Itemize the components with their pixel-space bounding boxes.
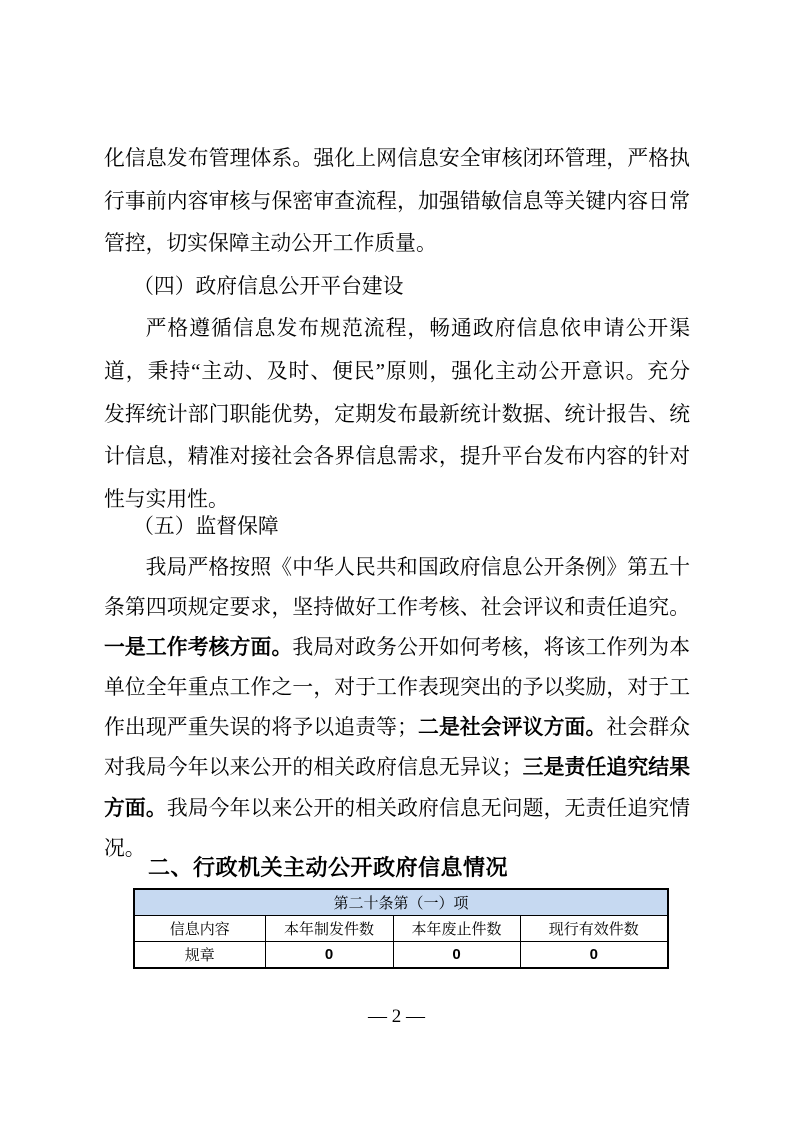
text-run: 社会群众 (606, 716, 690, 739)
text-line: 条第四项规定要求，坚持做好工作考核、社会评议和责任追究。 (104, 588, 690, 628)
text-section: 化信息发布管理体系。强化上网信息安全审核闭环管理，严格执行事前内容审核与保密审查… (104, 138, 690, 521)
text-line: （四）政府信息公开平台建设 (104, 266, 690, 309)
table-header-row: 信息内容 本年制发件数 本年废止件数 现行有效件数 (134, 916, 668, 942)
body-lines: 化信息发布管理体系。强化上网信息安全审核闭环管理，严格执行事前内容审核与保密审查… (104, 138, 690, 869)
text-line: （五）监督保障 (104, 507, 690, 547)
table-title-row: 第二十条第（一）项 (134, 889, 668, 916)
text-run: 我局严格按照《中华人民共和国政府信息公开条例》第五十 (146, 556, 690, 579)
page-number: — 2 — (0, 1004, 793, 1030)
text-run: 对我局今年以来公开的相关政府信息无异议； (104, 756, 523, 779)
text-run: （四）政府信息公开平台建设 (133, 275, 403, 298)
table-row: 规章 0 0 0 (134, 942, 668, 969)
text-line: 作出现严重失误的将予以追责等；二是社会评议方面。社会群众 (104, 708, 690, 748)
text-run: 道，秉持“主动、及时、便民”原则，强化主动公开意识。充分 (104, 360, 690, 383)
text-line: 行事前内容审核与保密审查流程，加强错敏信息等关键内容日常 (104, 181, 690, 224)
text-line: 我局严格按照《中华人民共和国政府信息公开条例》第五十 (104, 548, 690, 588)
text-line: 管控，切实保障主动公开工作质量。 (104, 223, 690, 266)
bold-run: 方面。 (104, 797, 167, 820)
column-header-abolished-this-year: 本年废止件数 (393, 916, 520, 942)
text-run: 计信息，精准对接社会各界信息需求，提升平台发布内容的针对 (104, 445, 690, 468)
bold-run: 一是工作考核方面。 (104, 636, 292, 659)
text-run: 我局对政务公开如何考核，将该工作列为本 (292, 636, 690, 659)
section-heading: 二、行政机关主动公开政府信息情况 (104, 853, 690, 883)
column-header-info-content: 信息内容 (134, 916, 265, 942)
text-line: 道，秉持“主动、及时、便民”原则，强化主动公开意识。充分 (104, 351, 690, 394)
text-run: 我局今年以来公开的相关政府信息无问题，无责任追究情 (167, 797, 690, 820)
text-line: 对我局今年以来公开的相关政府信息无异议；三是责任追究结果 (104, 748, 690, 788)
text-line: 一是工作考核方面。我局对政务公开如何考核，将该工作列为本 (104, 628, 690, 668)
text-section: （五）监督保障我局严格按照《中华人民共和国政府信息公开条例》第五十条第四项规定要… (104, 507, 690, 869)
text-run: 况。 (104, 837, 146, 860)
bold-run: 二是社会评议方面。 (418, 716, 607, 739)
table-title-cell: 第二十条第（一）项 (134, 889, 668, 916)
row-label: 规章 (134, 942, 265, 969)
text-run: 作出现严重失误的将予以追责等； (104, 716, 418, 739)
text-line: 单位全年重点工作之一，对于工作表现突出的予以奖励，对于工 (104, 668, 690, 708)
text-line: 严格遵循信息发布规范流程，畅通政府信息依申请公开渠 (104, 308, 690, 351)
page-content: 化信息发布管理体系。强化上网信息安全审核闭环管理，严格执行事前内容审核与保密审查… (104, 0, 690, 969)
text-line: 发挥统计部门职能优势，定期发布最新统计数据、统计报告、统 (104, 394, 690, 437)
text-line: 化信息发布管理体系。强化上网信息安全审核闭环管理，严格执 (104, 138, 690, 181)
text-run: 条第四项规定要求，坚持做好工作考核、社会评议和责任追究。 (104, 596, 690, 619)
bold-run: 三是责任追究结果 (523, 756, 690, 779)
column-header-issued-this-year: 本年制发件数 (265, 916, 393, 942)
text-run: 发挥统计部门职能优势，定期发布最新统计数据、统计报告、统 (104, 403, 690, 426)
text-run: （五）监督保障 (133, 515, 279, 538)
document-page: 化信息发布管理体系。强化上网信息安全审核闭环管理，严格执行事前内容审核与保密审查… (0, 0, 793, 1122)
text-run: 化信息发布管理体系。强化上网信息安全审核闭环管理，严格执 (104, 147, 690, 170)
text-line: 方面。我局今年以来公开的相关政府信息无问题，无责任追究情 (104, 789, 690, 829)
row-value-issued: 0 (265, 942, 393, 969)
row-value-effective: 0 (520, 942, 668, 969)
text-run: 严格遵循信息发布规范流程，畅通政府信息依申请公开渠 (146, 317, 690, 340)
column-header-currently-effective: 现行有效件数 (520, 916, 668, 942)
text-run: 管控，切实保障主动公开工作质量。 (104, 232, 437, 255)
text-run: 行事前内容审核与保密审查流程，加强错敏信息等关键内容日常 (104, 190, 690, 213)
text-line: 计信息，精准对接社会各界信息需求，提升平台发布内容的针对 (104, 436, 690, 479)
info-disclosure-table: 第二十条第（一）项 信息内容 本年制发件数 本年废止件数 现行有效件数 规章 0… (133, 888, 669, 969)
row-value-abolished: 0 (393, 942, 520, 969)
text-run: 单位全年重点工作之一，对于工作表现突出的予以奖励，对于工 (104, 676, 690, 699)
